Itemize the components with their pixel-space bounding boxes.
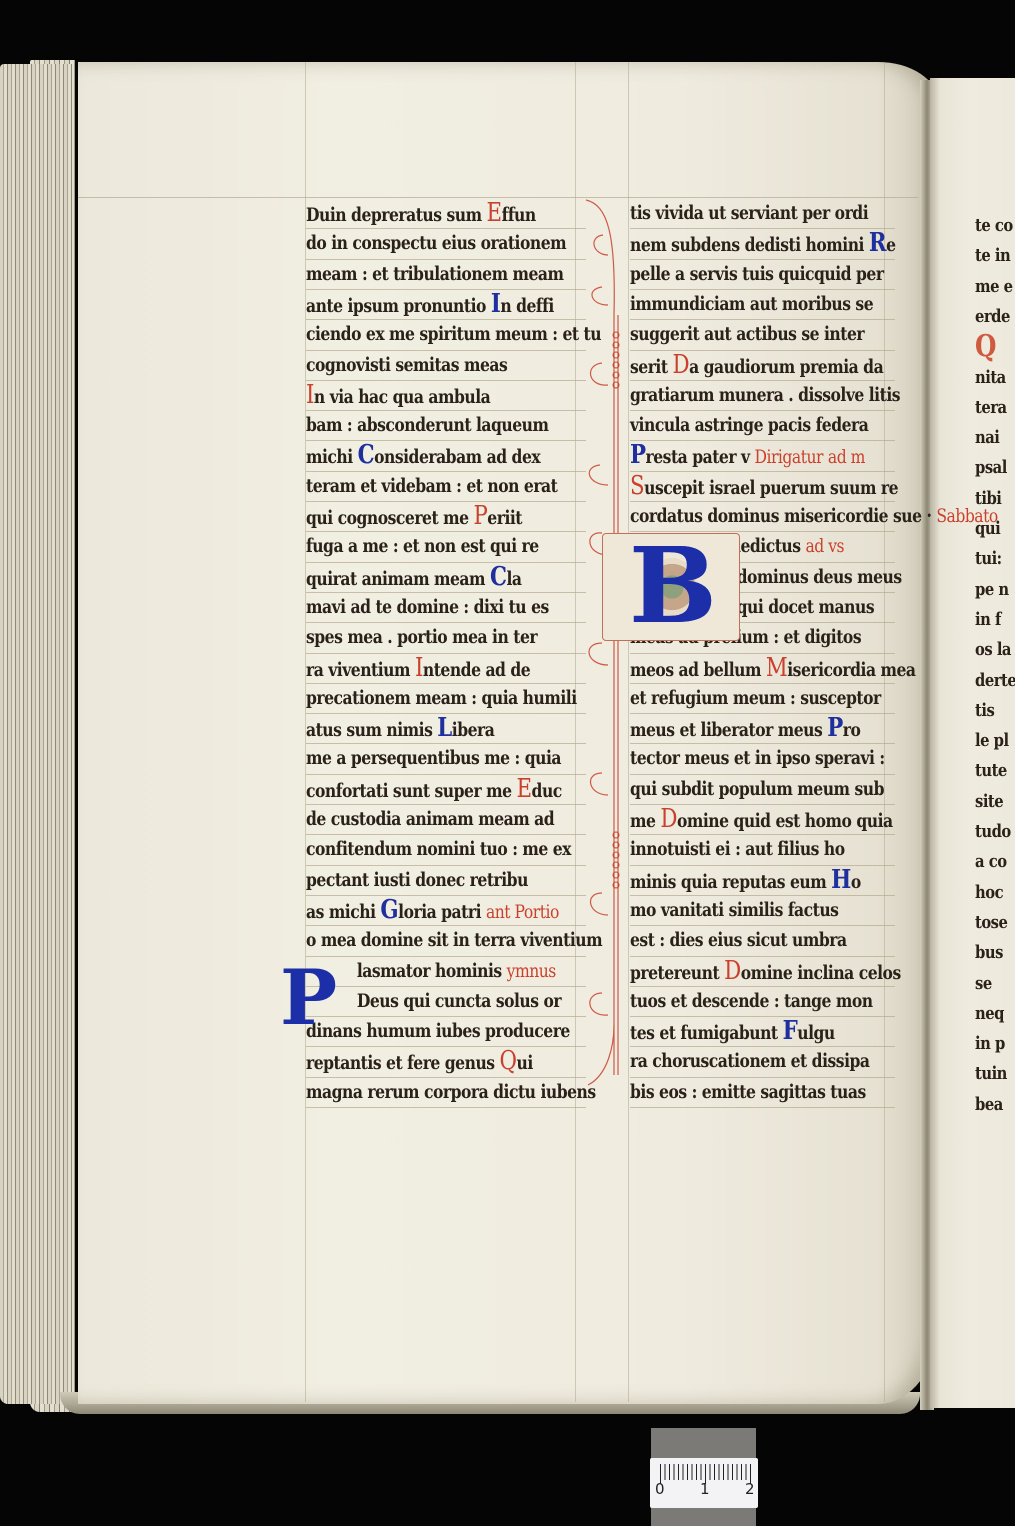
facing-page-line: me e bbox=[975, 274, 1013, 300]
left-column-line: Duin depreratus sum Effun bbox=[306, 200, 536, 228]
ruler-label-2: 2 bbox=[745, 1480, 755, 1498]
left-column-line: qui cognosceret me Periit bbox=[306, 503, 522, 531]
ruling-line bbox=[306, 592, 586, 593]
ruling-line bbox=[630, 834, 895, 835]
ruler-label-0: 0 bbox=[655, 1480, 665, 1498]
text-column-left: Duin depreratus sum Effundo in conspectu… bbox=[306, 200, 586, 1120]
left-column-line: spes mea . portio mea in ter bbox=[306, 624, 537, 650]
right-column-line: meos ad bellum Misericordia mea bbox=[630, 655, 916, 683]
right-column-line: innotuisti ei : aut filius ho bbox=[630, 836, 845, 862]
left-column-line: ciendo ex me spiritum meum : et tu bbox=[306, 321, 601, 347]
ruling-line bbox=[630, 683, 895, 684]
facing-page-line: tuin bbox=[975, 1061, 1007, 1087]
left-column-line: atus sum nimis Libera bbox=[306, 715, 494, 743]
left-column-line: de custodia animam meam ad bbox=[306, 806, 554, 832]
left-column-line: reptantis et fere genus Qui bbox=[306, 1048, 533, 1076]
facing-page-line: nita bbox=[975, 365, 1006, 391]
right-column-line: nem subdens dedisti homini Re bbox=[630, 230, 896, 258]
left-column-line: ra viventium Intende ad de bbox=[306, 655, 530, 683]
ruling-line bbox=[306, 774, 586, 775]
left-column-line: ante ipsum pronuntio In deffi bbox=[306, 291, 554, 319]
ruling-line bbox=[306, 1016, 586, 1017]
ruling-line bbox=[306, 289, 586, 290]
ruling-line bbox=[630, 895, 895, 896]
left-column-line: magna rerum corpora dictu iubens bbox=[306, 1079, 596, 1105]
right-column-line: suggerit aut actibus se inter bbox=[630, 321, 864, 347]
ruling-line bbox=[306, 319, 586, 320]
left-column-line: Deus qui cuncta solus or bbox=[306, 988, 561, 1014]
ruling-line bbox=[630, 1016, 895, 1017]
left-column-line: bam : absconderunt laqueum bbox=[306, 412, 549, 438]
ruling-line bbox=[630, 743, 895, 744]
right-column-line: vincula astringe pacis federa bbox=[630, 412, 868, 438]
right-column-line: est : dies eius sicut umbra bbox=[630, 927, 847, 953]
ruling-line bbox=[306, 865, 586, 866]
left-column-line: michi Considerabam ad dex bbox=[306, 442, 540, 470]
left-column-line: do in conspectu eius orationem bbox=[306, 230, 566, 256]
ruling-line bbox=[630, 1046, 895, 1047]
right-column-line: Presta pater v Dirigatur ad m bbox=[630, 442, 865, 470]
right-column-line: tis vivida ut serviant per ordi bbox=[630, 200, 868, 226]
ruling-line bbox=[306, 562, 586, 563]
ruling-line bbox=[630, 1077, 895, 1078]
ruling-line bbox=[306, 380, 586, 381]
right-column-line: Suscepit israel puerum suum re bbox=[630, 473, 898, 501]
right-column-line: tes et fumigabunt Fulgu bbox=[630, 1018, 835, 1046]
ruling-line bbox=[630, 986, 895, 987]
ruling-line bbox=[630, 289, 895, 290]
ruling-line bbox=[630, 350, 895, 351]
ruling-line bbox=[306, 410, 586, 411]
left-column-line: o mea domine sit in terra viventium bbox=[306, 927, 602, 953]
facing-page-line: bus bbox=[975, 940, 1003, 966]
facing-page-line: in p bbox=[975, 1031, 1005, 1057]
page-stack-edges-front bbox=[0, 64, 72, 1404]
right-column-line: et refugium meum : susceptor bbox=[630, 685, 881, 711]
ruling-line bbox=[306, 228, 586, 229]
left-column-line: fuga a me : et non est qui re bbox=[306, 533, 539, 559]
facing-page-line: in f bbox=[975, 607, 1001, 633]
ruling-line bbox=[306, 501, 586, 502]
ruling-line bbox=[306, 440, 586, 441]
left-column-line: cognovisti semitas meas bbox=[306, 352, 507, 378]
pen-flourish-border bbox=[578, 195, 630, 1095]
ruling-line bbox=[306, 986, 586, 987]
ruling-line bbox=[306, 1107, 586, 1108]
ruling-line bbox=[306, 471, 586, 472]
right-column-line: pelle a servis tuis quicquid per bbox=[630, 261, 884, 287]
ruling-line bbox=[630, 410, 895, 411]
ruling-line bbox=[306, 350, 586, 351]
ruling-line bbox=[630, 259, 895, 260]
left-column-line: as michi Gloria patri ant Portio bbox=[306, 897, 559, 925]
right-column-line: pretereunt Domine inclina celos bbox=[630, 958, 901, 986]
right-column-line: tector meus et in ipso speravi : bbox=[630, 745, 885, 771]
ruling-line bbox=[306, 895, 586, 896]
initial-p-two-line: P bbox=[280, 960, 337, 1036]
right-column-line: immundiciam aut moribus se bbox=[630, 291, 873, 317]
ruling-line bbox=[306, 834, 586, 835]
ruling-line bbox=[306, 743, 586, 744]
facing-page-line: hoc bbox=[975, 880, 1003, 906]
ruling-line bbox=[630, 774, 895, 775]
facing-page-line: a co bbox=[975, 849, 1007, 875]
facing-page-line: bea bbox=[975, 1092, 1003, 1113]
right-column-line: meus et liberator meus Pro bbox=[630, 715, 860, 743]
left-column-line: me a persequentibus me : quia bbox=[306, 745, 561, 771]
text-column-right: tis vivida ut serviant per ordinem subde… bbox=[630, 200, 895, 1120]
ruling-line bbox=[630, 501, 895, 502]
facing-page-line: Q bbox=[975, 334, 996, 360]
left-column-line: teram et videbam : et non erat bbox=[306, 473, 557, 499]
left-column-line: confitendum nomini tuo : me ex bbox=[306, 836, 571, 862]
right-column-line: tuos et descende : tange mon bbox=[630, 988, 873, 1014]
facing-page-line: qui bbox=[975, 516, 1000, 542]
ruling-line bbox=[630, 865, 895, 866]
ruling-line bbox=[306, 259, 586, 260]
ruling-line bbox=[630, 713, 895, 714]
facing-page-text: te cote inme eerdeQnitateranaipsaltibiqu… bbox=[975, 213, 1015, 1113]
facing-page-line: tui: bbox=[975, 546, 1002, 572]
ruling-line bbox=[630, 228, 895, 229]
ruling-line bbox=[630, 956, 895, 957]
facing-page-line: neq bbox=[975, 1001, 1004, 1027]
right-column-line: serit Da gaudiorum premia da bbox=[630, 352, 883, 380]
right-column-line: qui subdit populum meum sub bbox=[630, 776, 884, 802]
ruling-line bbox=[630, 319, 895, 320]
illuminated-initial-b: B bbox=[602, 533, 740, 641]
facing-page-line: le pl bbox=[975, 728, 1009, 754]
left-column-line: precationem meam : quia humili bbox=[306, 685, 577, 711]
left-column-line: quirat animam meam Cla bbox=[306, 564, 521, 592]
facing-page-line: tose bbox=[975, 910, 1007, 936]
left-column-line: meam : et tribulationem meam bbox=[306, 261, 564, 287]
initial-letter: B bbox=[613, 536, 733, 636]
left-column-line: pectant iusti donec retribu bbox=[306, 867, 528, 893]
ruling-line bbox=[306, 531, 586, 532]
left-column-line: In via hac qua ambula bbox=[306, 382, 490, 410]
right-column-line: gratiarum munera . dissolve litis bbox=[630, 382, 900, 408]
ruling-line bbox=[306, 956, 586, 957]
ruling-line bbox=[630, 925, 895, 926]
facing-page-line: psal bbox=[975, 455, 1007, 481]
right-column-line: minis quia reputas eum Ho bbox=[630, 867, 861, 895]
left-column-line: mavi ad te domine : dixi tu es bbox=[306, 594, 549, 620]
ruling-line bbox=[306, 804, 586, 805]
right-column-line: bis eos : emitte sagittas tuas bbox=[630, 1079, 866, 1105]
ruler-label-1: 1 bbox=[700, 1480, 710, 1498]
ruling-line bbox=[306, 1046, 586, 1047]
facing-page-line: te co bbox=[975, 213, 1013, 239]
ruling-line bbox=[630, 653, 895, 654]
facing-page-line: nai bbox=[975, 425, 999, 451]
ruling-line bbox=[630, 380, 895, 381]
left-column-line: confortati sunt super me Educ bbox=[306, 776, 562, 804]
facing-page-line: tera bbox=[975, 395, 1007, 421]
facing-page-line: erde bbox=[975, 304, 1010, 330]
facing-page-line: pe n bbox=[975, 577, 1009, 603]
facing-page-line: os la bbox=[975, 637, 1011, 663]
facing-page-line: derte bbox=[975, 668, 1015, 694]
left-column-line: dinans humum iubes producere bbox=[306, 1018, 570, 1044]
ruling-line bbox=[306, 1077, 586, 1078]
facing-page-line: site bbox=[975, 789, 1003, 815]
ruling-line bbox=[306, 925, 586, 926]
ruling-line bbox=[630, 1107, 895, 1108]
right-column-line: mo vanitati similis factus bbox=[630, 897, 838, 923]
ruling-line bbox=[630, 440, 895, 441]
scale-ruler: 0 1 2 bbox=[650, 1458, 758, 1508]
facing-page-line: tute bbox=[975, 758, 1007, 784]
ruling-line bbox=[306, 622, 586, 623]
left-column-line: lasmator hominis ymnus bbox=[306, 958, 556, 984]
facing-page-line: tis bbox=[975, 698, 994, 724]
facing-page-line: te in bbox=[975, 243, 1010, 269]
facing-page-line: se bbox=[975, 971, 992, 997]
right-column-line: me Domine quid est homo quia bbox=[630, 806, 893, 834]
facing-page-line: tudo bbox=[975, 819, 1011, 845]
facing-page-line: tibi bbox=[975, 486, 1001, 512]
right-column-line: ra choruscationem et dissipa bbox=[630, 1048, 870, 1074]
ruling-line bbox=[306, 683, 586, 684]
ruling-line bbox=[306, 653, 586, 654]
ruling-line bbox=[630, 471, 895, 472]
